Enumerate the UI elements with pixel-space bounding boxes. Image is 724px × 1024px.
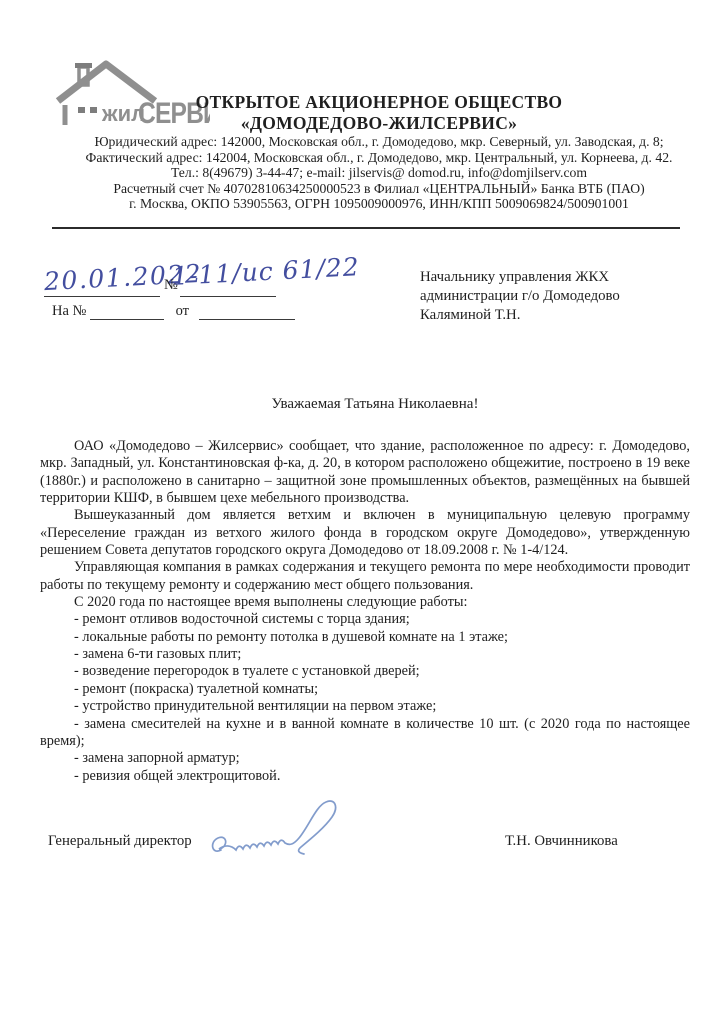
date-underline	[44, 296, 160, 297]
bank-account: Расчетный счет № 40702810634250000523 в …	[50, 181, 708, 197]
recipient-block: Начальнику управления ЖКХ администрации …	[420, 268, 620, 325]
list-item: - локальные работы по ремонту потолка в …	[40, 629, 690, 646]
signer-name: Т.Н. Овчинникова	[505, 833, 618, 850]
phone-email: Тел.: 8(49679) 3-44-47; e-mail: jilservi…	[50, 165, 708, 181]
legal-address: Юридический адрес: 142000, Московская об…	[50, 134, 708, 150]
org-type: ОТКРЫТОЕ АКЦИОНЕРНОЕ ОБЩЕСТВО	[50, 92, 708, 113]
salutation: Уважаемая Татьяна Николаевна!	[56, 396, 694, 413]
actual-address: Фактический адрес: 142004, Московская об…	[50, 150, 708, 166]
na-no-label: На №	[52, 303, 86, 319]
incoming-number-blank	[90, 304, 164, 320]
list-item: - замена 6-ти газовых плит;	[40, 646, 690, 663]
incoming-date-blank	[199, 304, 295, 320]
letter-body: ОАО «Домодедово – Жилсервис» сообщает, ч…	[40, 438, 690, 785]
list-item: - ревизия общей электрощитовой.	[40, 768, 690, 785]
list-item: - ремонт отливов водосточной системы с т…	[40, 611, 690, 628]
letterhead: ОТКРЫТОЕ АКЦИОНЕРНОЕ ОБЩЕСТВО «ДОМОДЕДОВ…	[50, 92, 708, 212]
list-item: - возведение перегородок в туалете с уст…	[40, 663, 690, 680]
ot-label: от	[176, 303, 189, 319]
header-divider	[52, 227, 680, 229]
number-underline	[180, 296, 276, 297]
signature-icon	[205, 798, 375, 870]
list-item: - замена смесителей на кухне и в ванной …	[40, 716, 690, 751]
list-item: - замена запорной арматур;	[40, 750, 690, 767]
paragraph: ОАО «Домодедово – Жилсервис» сообщает, ч…	[40, 438, 690, 507]
recipient-line: Каляминой Т.Н.	[420, 306, 620, 325]
paragraph: Управляющая компания в рамках содержания…	[40, 559, 690, 594]
list-item: - устройство принудительной вентиляции н…	[40, 698, 690, 715]
paragraph: Вышеуказанный дом является ветхим и вклю…	[40, 507, 690, 559]
signer-position: Генеральный директор	[48, 833, 192, 850]
recipient-line: Начальнику управления ЖКХ	[420, 268, 620, 287]
recipient-line: администрации г/о Домодедово	[420, 287, 620, 306]
incoming-reference-row: На № от	[52, 303, 295, 320]
list-item: - ремонт (покраска) туалетной комнаты;	[40, 681, 690, 698]
paragraph: С 2020 года по настоящее время выполнены…	[40, 594, 690, 611]
letter-page: жил СЕРВИС ОТКРЫТОЕ АКЦИОНЕРНОЕ ОБЩЕСТВО…	[0, 0, 724, 1024]
registry-codes: г. Москва, ОКПО 53905563, ОГРН 109500900…	[50, 196, 708, 212]
org-name: «ДОМОДЕДОВО-ЖИЛСЕРВИС»	[50, 113, 708, 134]
